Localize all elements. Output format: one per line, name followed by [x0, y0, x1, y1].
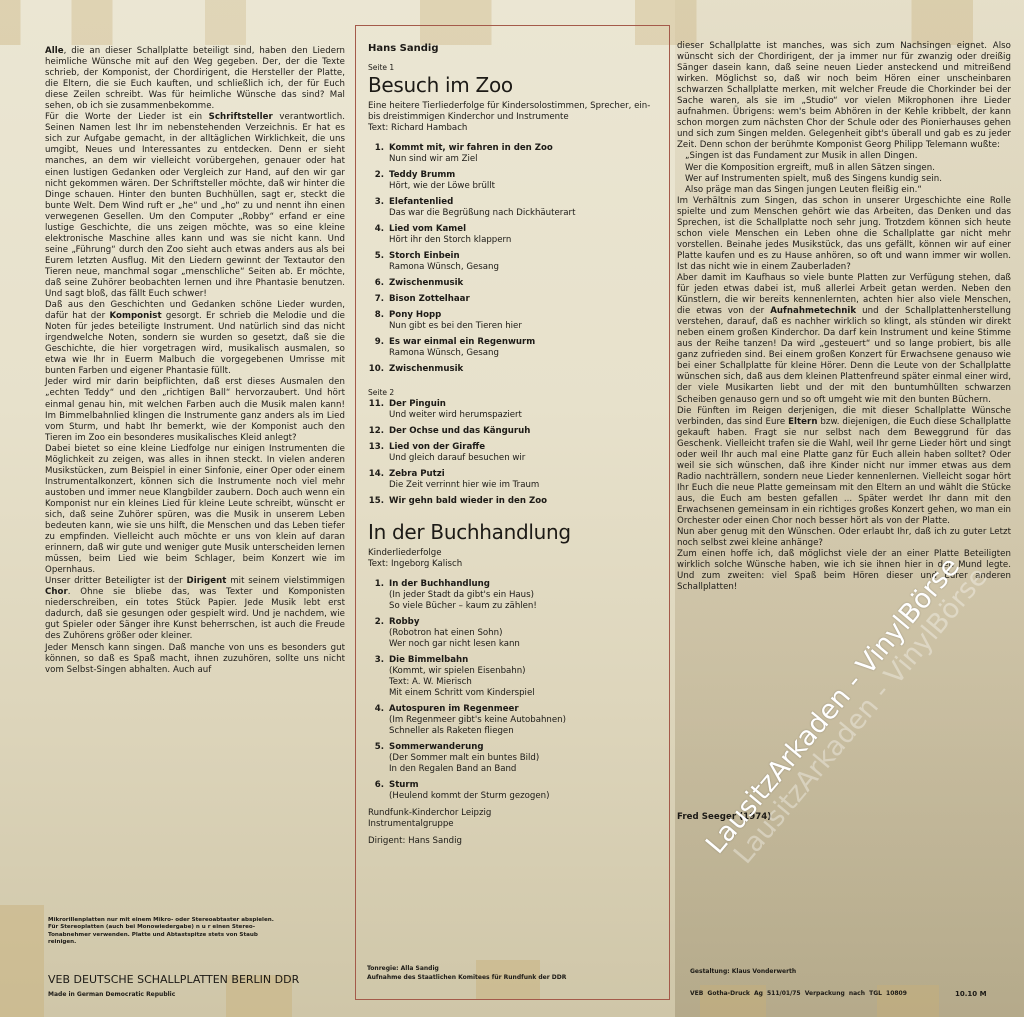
track-note: Text: A. W. Mierisch: [389, 677, 535, 688]
side-2-label: Seite 2: [368, 388, 663, 397]
track-item: 15.Wir gehn bald wieder in den Zoo: [368, 496, 663, 507]
track-title: Es war einmal ein Regenwurm: [389, 337, 535, 347]
track-title: In der Buchhandlung: [389, 579, 490, 589]
track-title: Elefantenlied: [389, 197, 453, 207]
tracklist-side-2: 11.Der PinguinUnd weiter wird herumspazi…: [368, 399, 663, 507]
lyricist-credit: Text: Richard Hambach: [368, 123, 663, 134]
track-number: 12.: [368, 426, 384, 437]
track-number: 2.: [368, 617, 384, 650]
track-note: (Im Regenmeer gibt's keine Autobahnen): [389, 715, 566, 726]
track-number: 1.: [368, 143, 384, 165]
track-number: 3.: [368, 197, 384, 219]
track-item: 8.Pony HoppNun gibt es bei den Tieren hi…: [368, 310, 663, 332]
track-title: Zwischenmusik: [389, 278, 463, 288]
price-label: 10.10 M: [955, 990, 987, 998]
track-title: Wir gehn bald wieder in den Zoo: [389, 496, 547, 506]
track-number: 14.: [368, 469, 384, 491]
track-note: Nun sind wir am Ziel: [389, 154, 553, 165]
track-note: (Robotron hat einen Sohn): [389, 628, 520, 639]
album-subtitle-zoo: Eine heitere Tierliederfolge für Kinders…: [368, 101, 663, 134]
track-note: Das war die Begrüßung nach Dickhäuterart: [389, 208, 575, 219]
track-item: 3.Die Bimmelbahn(Kommt, wir spielen Eise…: [368, 655, 663, 699]
track-title: Lied von der Giraffe: [389, 442, 485, 452]
tracklist-side-1: 1.Kommt mit, wir fahren in den ZooNun si…: [368, 143, 663, 375]
performer-credits: Rundfunk-Kinderchor Leipzig Instrumental…: [368, 808, 663, 847]
paragraph: Die Fünften im Reigen derjenigen, die mi…: [677, 406, 1011, 528]
track-item: 1.Kommt mit, wir fahren in den ZooNun si…: [368, 143, 663, 165]
lyricist-credit: Text: Ingeborg Kalisch: [368, 559, 663, 570]
conductor-credit: Dirigent: Hans Sandig: [368, 836, 663, 847]
track-title: Lied vom Kamel: [389, 224, 466, 234]
publisher-label: VEB DEUTSCHE SCHALLPLATTEN BERLIN DDR: [48, 973, 299, 986]
track-number: 10.: [368, 364, 384, 375]
paragraph: Daß aus den Geschichten und Gedanken sch…: [45, 300, 345, 377]
track-number: 2.: [368, 170, 384, 192]
track-item: 13.Lied von der GiraffeUnd gleich darauf…: [368, 442, 663, 464]
track-note: (Der Sommer malt ein buntes Bild): [389, 753, 539, 764]
track-number: 13.: [368, 442, 384, 464]
track-number: 3.: [368, 655, 384, 699]
track-note: Ramona Wünsch, Gesang: [389, 348, 535, 359]
liner-notes-left-column: Alle, die an dieser Schallplatte beteili…: [45, 46, 345, 676]
ensemble-credit: Instrumentalgruppe: [368, 819, 663, 830]
album-title-buchhandlung: In der Buchhandlung: [368, 520, 663, 544]
track-note: In den Regalen Band an Band: [389, 764, 539, 775]
track-note: Und weiter wird herumspaziert: [389, 410, 522, 421]
track-number: 5.: [368, 251, 384, 273]
track-note: Und gleich darauf besuchen wir: [389, 453, 525, 464]
paragraph: dieser Schallplatte ist manches, was sic…: [677, 41, 1011, 151]
track-item: 7.Bison Zottelhaar: [368, 294, 663, 305]
subtitle-text: Eine heitere Tierliederfolge für Kinders…: [368, 101, 663, 123]
recording-credit: Aufnahme des Staatlichen Komitees für Ru…: [367, 973, 566, 982]
track-title: Bison Zottelhaar: [389, 294, 470, 304]
paragraph: Dabei bietet so eine kleine Liedfolge nu…: [45, 444, 345, 577]
track-note: Ramona Wünsch, Gesang: [389, 262, 499, 273]
paragraph: Für die Worte der Lieder ist ein Schrift…: [45, 112, 345, 300]
track-item: 12.Der Ochse und das Känguruh: [368, 426, 663, 437]
paragraph: Jeder wird mir darin beipflichten, daß e…: [45, 377, 345, 443]
sound-director-credit: Tonregie: Alla Sandig: [367, 964, 566, 973]
track-title: Sommerwanderung: [389, 742, 484, 752]
album-subtitle-buchhandlung: Kinderliederfolge Text: Ingeborg Kalisch: [368, 548, 663, 570]
tape-mark: [0, 905, 44, 1017]
paragraph: Unser dritter Beteiligter ist der Dirige…: [45, 576, 345, 642]
track-item: 5.Sommerwanderung(Der Sommer malt ein bu…: [368, 742, 663, 775]
track-title: Zwischenmusik: [389, 364, 463, 374]
paragraph: Nun aber genug mit den Wünschen. Oder er…: [677, 527, 1011, 549]
paragraph: Jeder Mensch kann singen. Daß manche von…: [45, 643, 345, 676]
track-item: 1.In der Buchhandlung(In jeder Stadt da …: [368, 579, 663, 612]
track-item: 6.Sturm(Heulend kommt der Sturm gezogen): [368, 780, 663, 802]
paragraph: Im Verhältnis zum Singen, das schon in u…: [677, 196, 1011, 273]
track-item: 14.Zebra PutziDie Zeit verrinnt hier wie…: [368, 469, 663, 491]
subtitle-text: Kinderliederfolge: [368, 548, 663, 559]
track-note: Mit einem Schritt vom Kinderspiel: [389, 688, 535, 699]
telemann-quote: „Singen ist das Fundament zur Musik in a…: [677, 151, 1011, 195]
track-title: Autospuren im Regenmeer: [389, 704, 519, 714]
track-number: 15.: [368, 496, 384, 507]
track-title: Kommt mit, wir fahren in den Zoo: [389, 143, 553, 153]
track-number: 9.: [368, 337, 384, 359]
track-number: 5.: [368, 742, 384, 775]
track-note: Nun gibt es bei den Tieren hier: [389, 321, 522, 332]
track-note: (In jeder Stadt da gibt's ein Haus): [389, 590, 537, 601]
track-title: Storch Einbein: [389, 251, 460, 261]
album-title-zoo: Besuch im Zoo: [368, 73, 663, 97]
track-note: Schneller als Raketen fliegen: [389, 726, 566, 737]
track-note: Hört ihr den Storch klappern: [389, 235, 511, 246]
track-item: 4.Lied vom KamelHört ihr den Storch klap…: [368, 224, 663, 246]
track-item: 4.Autospuren im Regenmeer(Im Regenmeer g…: [368, 704, 663, 737]
composer-name: Hans Sandig: [368, 43, 663, 54]
track-title: Robby: [389, 617, 419, 627]
track-item: 11.Der PinguinUnd weiter wird herumspazi…: [368, 399, 663, 421]
track-number: 4.: [368, 704, 384, 737]
track-number: 7.: [368, 294, 384, 305]
paragraph: Alle, die an dieser Schallplatte beteili…: [45, 46, 345, 112]
paragraph: Aber damit im Kaufhaus so viele bunte Pl…: [677, 273, 1011, 406]
recording-credits: Tonregie: Alla Sandig Aufnahme des Staat…: [367, 964, 566, 982]
tracklist-buchhandlung: 1.In der Buchhandlung(In jeder Stadt da …: [368, 579, 663, 802]
track-number: 11.: [368, 399, 384, 421]
track-number: 1.: [368, 579, 384, 612]
track-title: Zebra Putzi: [389, 469, 445, 479]
made-in-label: Made in German Democratic Republic: [48, 991, 175, 998]
printer-info: VEB Gotha-Druck Ag 511/01/75 Verpackung …: [690, 990, 907, 997]
track-title: Sturm: [389, 780, 419, 790]
track-item: 6.Zwischenmusik: [368, 278, 663, 289]
track-note: So viele Bücher – kaum zu zählen!: [389, 601, 537, 612]
track-item: 10.Zwischenmusik: [368, 364, 663, 375]
track-note: Wer noch gar nicht lesen kann: [389, 639, 520, 650]
track-title: Die Bimmelbahn: [389, 655, 468, 665]
choir-credit: Rundfunk-Kinderchor Leipzig: [368, 808, 663, 819]
track-title: Pony Hopp: [389, 310, 441, 320]
track-item: 3.ElefantenliedDas war die Begrüßung nac…: [368, 197, 663, 219]
design-credit: Gestaltung: Klaus Vonderwerth: [690, 968, 796, 975]
track-number: 6.: [368, 278, 384, 289]
track-item: 2.Teddy BrummHört, wie der Löwe brüllt: [368, 170, 663, 192]
tracklist-box: Hans Sandig Seite 1 Besuch im Zoo Eine h…: [355, 25, 670, 1000]
track-title: Der Ochse und das Känguruh: [389, 426, 530, 436]
track-note: (Kommt, wir spielen Eisenbahn): [389, 666, 535, 677]
track-note: Hört, wie der Löwe brüllt: [389, 181, 495, 192]
track-note: Die Zeit verrinnt hier wie im Traum: [389, 480, 539, 491]
track-note: (Heulend kommt der Sturm gezogen): [389, 791, 549, 802]
track-title: Der Pinguin: [389, 399, 446, 409]
track-item: 9.Es war einmal ein RegenwurmRamona Wüns…: [368, 337, 663, 359]
track-number: 4.: [368, 224, 384, 246]
track-item: 2.Robby(Robotron hat einen Sohn)Wer noch…: [368, 617, 663, 650]
liner-notes-right-column: dieser Schallplatte ist manches, was sic…: [677, 41, 1011, 593]
side-1-label: Seite 1: [368, 63, 663, 72]
playback-instructions: Mikrorillenplatten nur mit einem Mikro- …: [48, 917, 278, 947]
track-number: 8.: [368, 310, 384, 332]
track-number: 6.: [368, 780, 384, 802]
track-item: 5.Storch EinbeinRamona Wünsch, Gesang: [368, 251, 663, 273]
track-title: Teddy Brumm: [389, 170, 455, 180]
